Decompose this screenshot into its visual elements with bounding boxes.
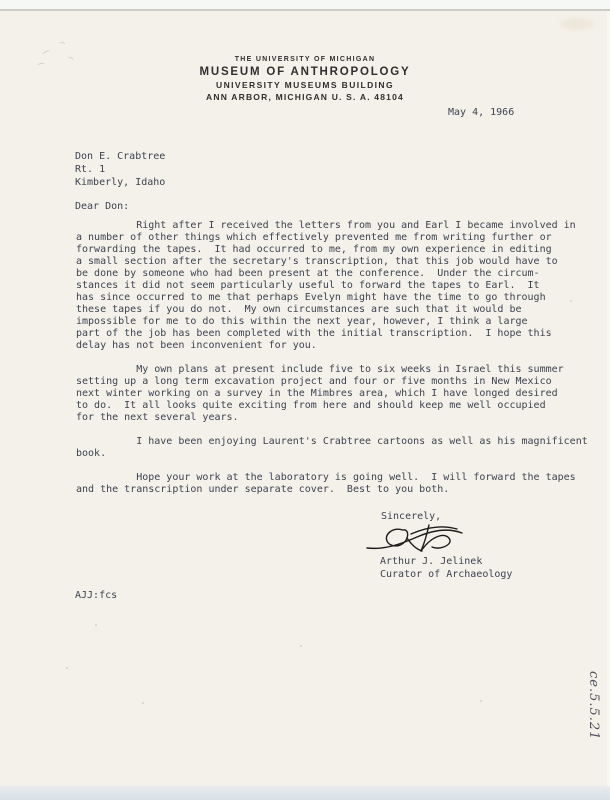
recipient-city: Kimberly, Idaho: [75, 177, 165, 188]
paper-smudge: [560, 18, 594, 30]
scan-bottom-edge: [0, 786, 610, 800]
recipient-name: Don E. Crabtree: [75, 151, 165, 162]
reference-initials: AJJ:fcs: [75, 590, 117, 601]
valediction: Sincerely,: [381, 511, 441, 522]
recipient-street: Rt. 1: [75, 164, 105, 175]
letterhead-institution: THE UNIVERSITY OF MICHIGAN: [0, 56, 610, 63]
paper-speck: [480, 700, 482, 702]
recipient-block: Don E. Crabtree Rt. 1 Kimberly, Idaho: [75, 150, 165, 189]
catalog-annotation: ce.5.5.21: [586, 671, 601, 740]
letterhead-department: MUSEUM OF ANTHROPOLOGY: [0, 66, 610, 78]
paper-speck: [300, 645, 302, 647]
paper-speck: [95, 624, 97, 626]
letter-body: Right after I received the letters from …: [76, 220, 588, 496]
signer-block: Arthur J. Jelinek Curator of Archaeology: [380, 556, 512, 581]
salutation: Dear Don:: [75, 201, 129, 212]
letterhead-address: ANN ARBOR, MICHIGAN U. S. A. 48104: [0, 92, 610, 102]
paper-speck: [66, 667, 68, 669]
signer-title: Curator of Archaeology: [380, 569, 512, 580]
scan-top-edge: [0, 0, 610, 9]
signer-name: Arthur J. Jelinek: [380, 556, 482, 567]
paper-speck: [142, 702, 144, 704]
signature: [365, 522, 465, 556]
pencil-mark: [58, 41, 65, 48]
letter-date: May 4, 1966: [448, 107, 514, 118]
letterhead: THE UNIVERSITY OF MICHIGAN MUSEUM OF ANT…: [0, 56, 610, 102]
scanned-letter: THE UNIVERSITY OF MICHIGAN MUSEUM OF ANT…: [0, 0, 610, 800]
letterhead-building: UNIVERSITY MUSEUMS BUILDING: [0, 80, 610, 90]
paper-top-edge: [0, 9, 610, 11]
